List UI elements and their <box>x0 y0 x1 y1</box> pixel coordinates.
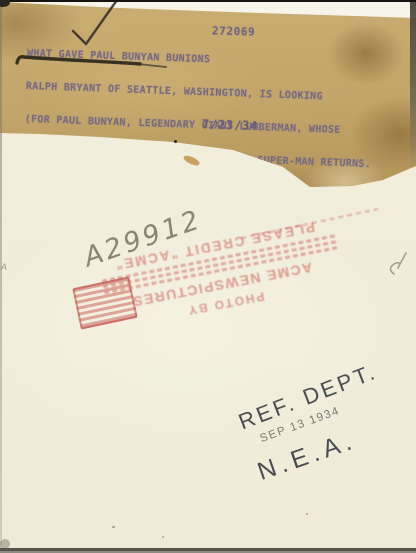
photo-verso: WHAT GAVE PAUL BUNYAN BUNIONS RALPH BRYA… <box>0 0 416 553</box>
pencil-scribble-right <box>391 253 407 274</box>
photo-right-edge-shadow <box>410 0 416 168</box>
caption-slip: WHAT GAVE PAUL BUNYAN BUNIONS RALPH BRYA… <box>0 0 416 192</box>
glue-stain <box>182 153 200 167</box>
photo-left-edge <box>0 0 2 553</box>
ink-speck <box>174 140 177 143</box>
gray-speck <box>112 526 115 528</box>
gray-speck <box>162 536 164 538</box>
red-speck <box>306 513 308 515</box>
bottom-left-smudge <box>0 539 10 549</box>
caption-line: SHOES HE IS TRYING TO FILL UNTIL THE SUP… <box>23 147 416 172</box>
caption-line: WHAT GAVE PAUL BUNYAN BUNIONS <box>27 48 416 73</box>
photo-top-edge <box>0 0 416 2</box>
caption-serial-number: 272069 <box>212 24 256 38</box>
caption-line: RALPH BRYANT OF SEATTLE, WASHINGTON, IS … <box>26 81 416 106</box>
caption-line: SEATTLE RESIDENTS ARE HOPING HE SHOWS UP… <box>22 180 416 205</box>
caption-date: 7/23/34 <box>202 117 259 133</box>
